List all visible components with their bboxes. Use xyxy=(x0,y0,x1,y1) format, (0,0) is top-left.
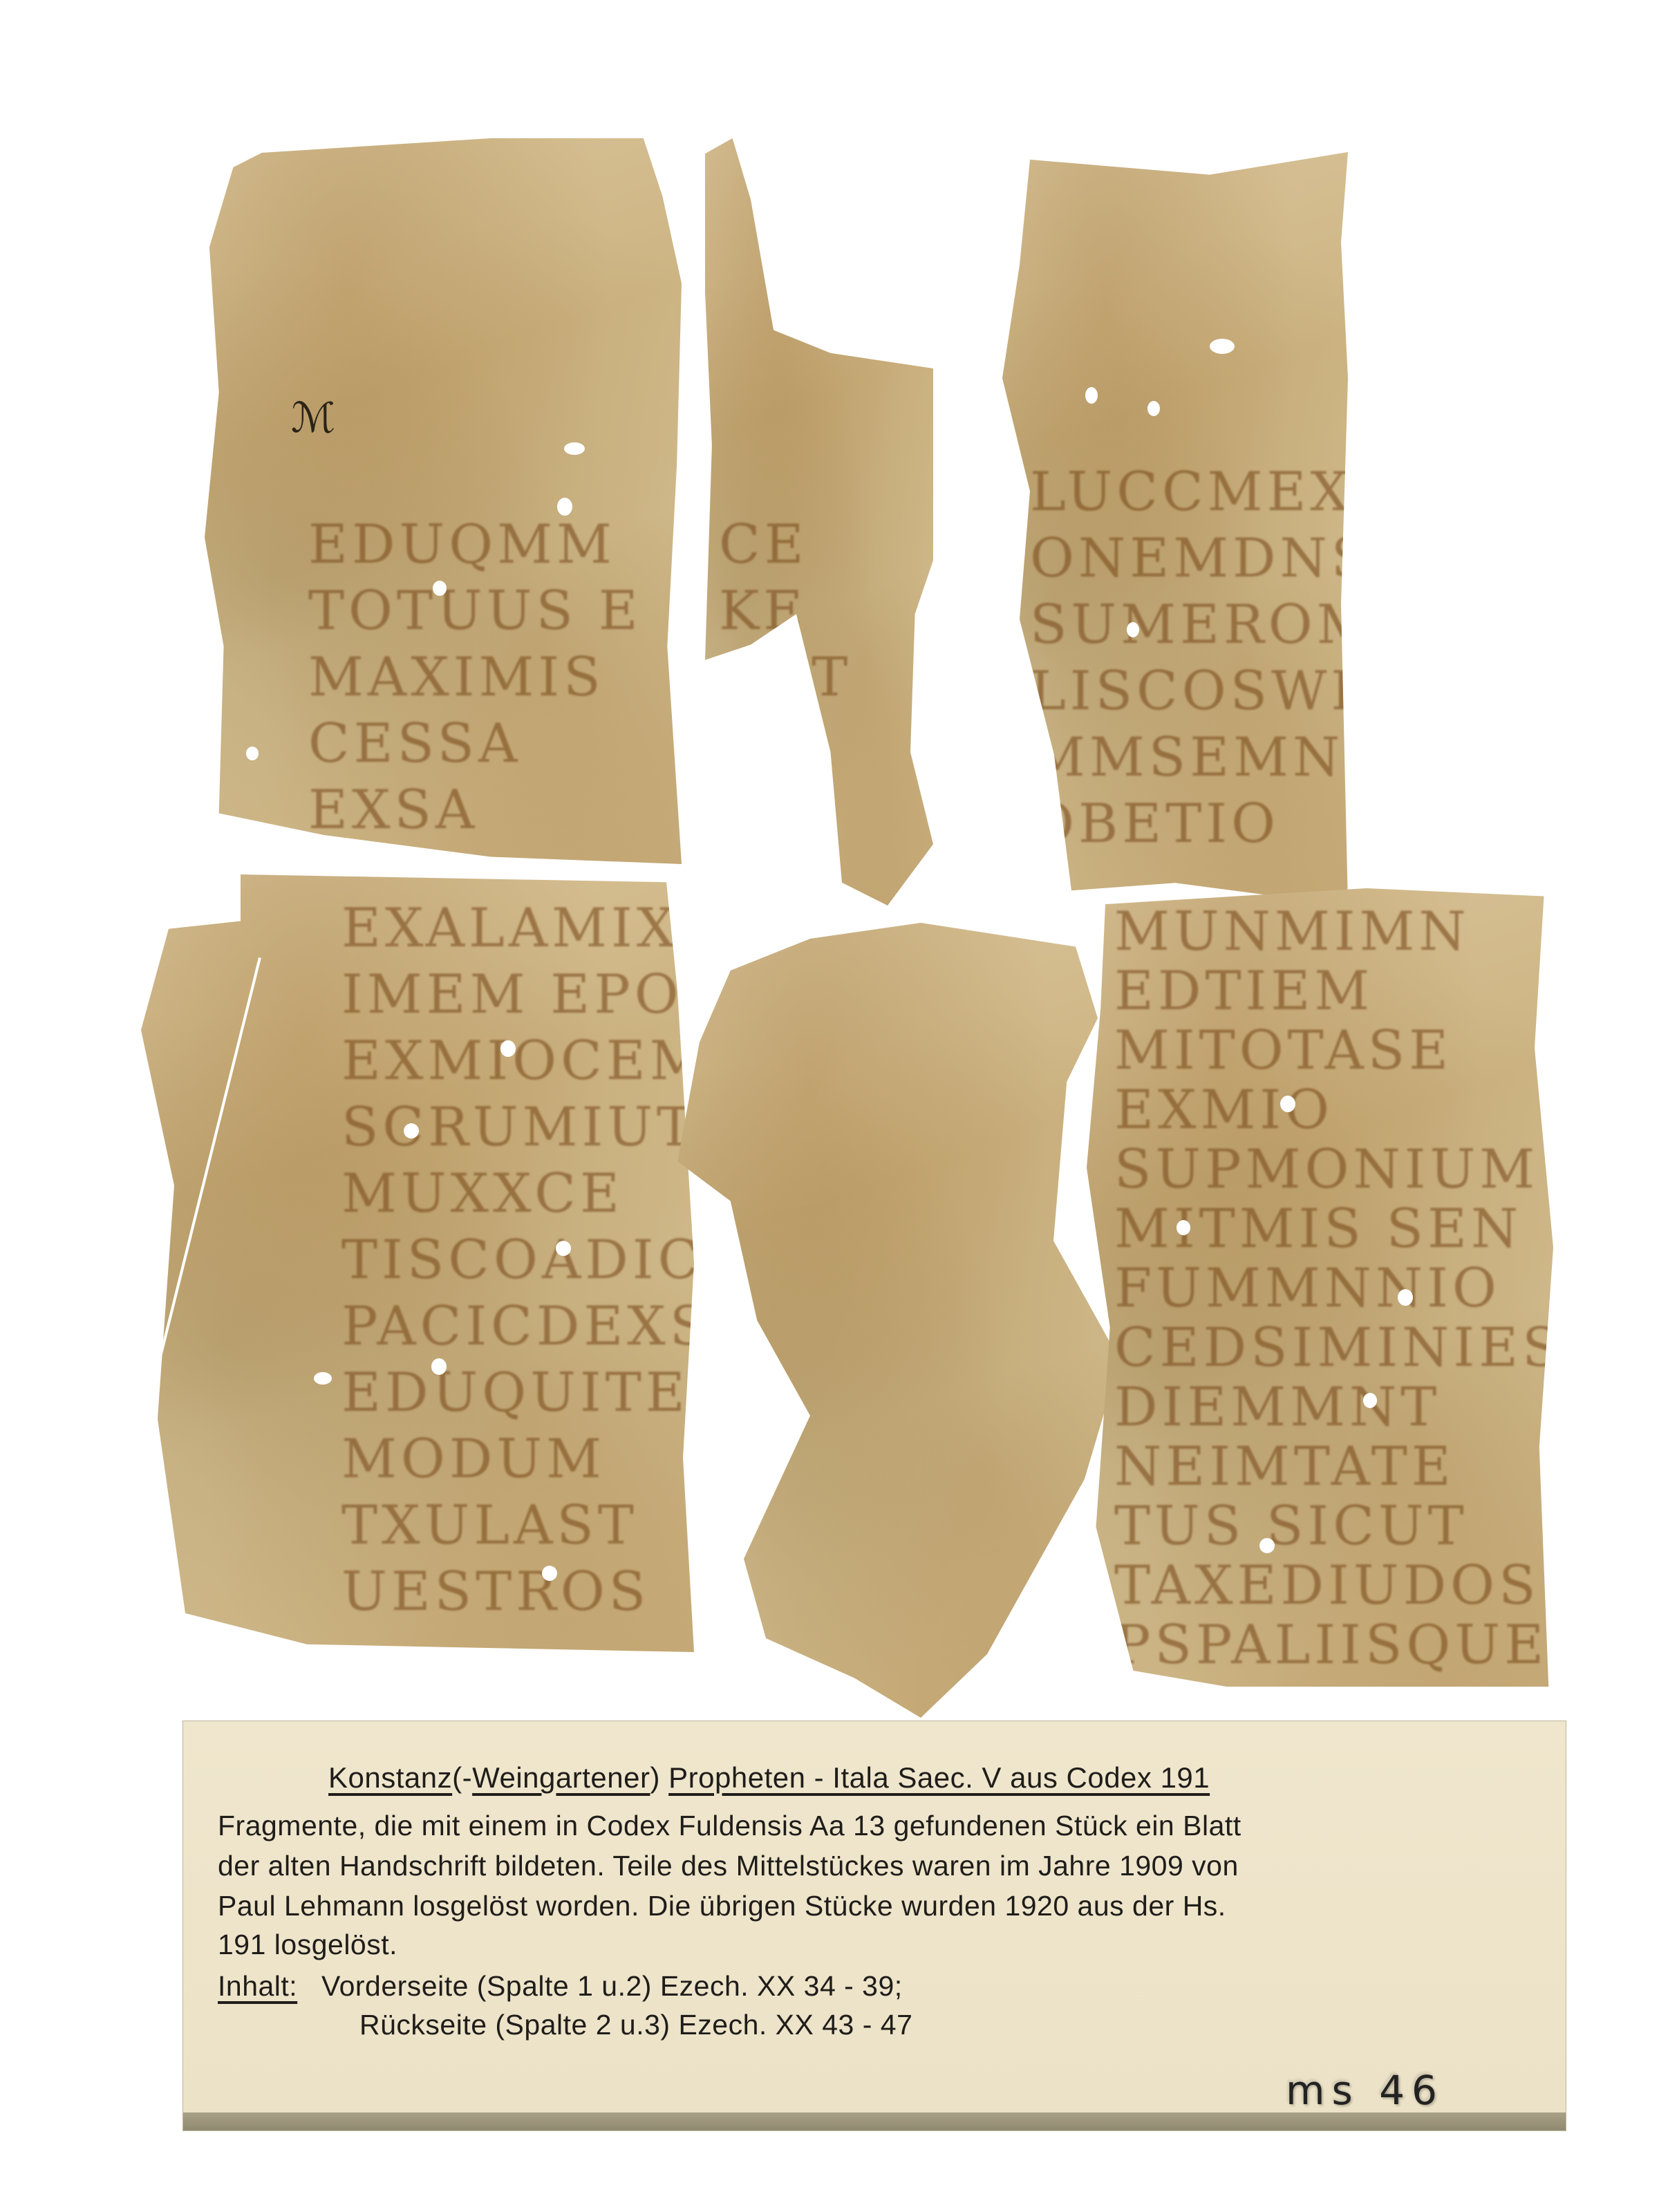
fragment-line xyxy=(308,312,682,379)
fragment-line: ONEMDNS xyxy=(1030,525,1348,592)
fragment-line: EXSA xyxy=(308,777,682,843)
fragment-line: TOTUUS E xyxy=(308,578,682,644)
title-place: Konstanz xyxy=(328,1761,452,1794)
fragment-line: SUPMONIUM xyxy=(1114,1140,1553,1199)
fragment-line xyxy=(760,1481,1120,1548)
fragment-bottom-right: MUNMIMN EDTIEM MITOTASE EXMIO SUPMONIUM … xyxy=(1087,888,1553,1687)
fragment-line xyxy=(719,379,933,445)
fragment-line xyxy=(308,445,682,512)
fragment-line xyxy=(760,1216,1120,1282)
fragment-line xyxy=(308,246,682,312)
fragment-line xyxy=(760,1548,1120,1614)
fragment-line: PACICDEXS xyxy=(341,1293,694,1360)
fragment-top-center: CE KE OKT xyxy=(705,138,933,906)
fragment-line xyxy=(760,1083,1120,1150)
fragment-line xyxy=(1030,194,1348,260)
fragment-line xyxy=(1030,326,1348,393)
label-line-2: der alten Handschrift bildeten. Teile de… xyxy=(218,1850,1239,1882)
label-title: Konstanz(-Weingartener) Propheten - Ital… xyxy=(328,1761,1210,1794)
fragment-line: SCRUMIUT xyxy=(341,1094,694,1161)
fragment-line: EXALAMIXX xyxy=(341,895,694,962)
title-origin: Weingartener xyxy=(472,1761,650,1794)
fragment-line: TII xyxy=(308,843,682,864)
fragment-line: KE xyxy=(719,578,933,644)
fragment-line: EDUQMM xyxy=(308,512,682,578)
shelfmark: ms 46 xyxy=(1286,2067,1444,2114)
fragment-line: MITOTASE xyxy=(1114,1021,1553,1080)
fragment-line xyxy=(719,445,933,512)
fragment-line: CE xyxy=(719,512,933,578)
fragment-line: MODUM xyxy=(341,1426,694,1492)
fragment-bottom-left: EXALAMIXX IMEM EPO EXMIOCEM SCRUMIUT MUX… xyxy=(141,874,694,1652)
fragment-line xyxy=(760,1017,1120,1083)
fragment-line: MMSEMN xyxy=(1030,724,1348,791)
fragment-line: TUS SICUT xyxy=(1114,1497,1553,1556)
label-line-4: 191 losgelöst. xyxy=(218,1929,397,1961)
label-edge xyxy=(183,2112,1566,2130)
fragment-line: EXMIOCEM xyxy=(341,1028,694,1094)
label-line-1: Fragmente, die mit einem in Codex Fulden… xyxy=(218,1810,1241,1842)
fragment-line: OBETIO xyxy=(1030,791,1348,857)
title-details: - Itala Saec. V aus Codex 191 xyxy=(805,1761,1210,1794)
fragment-line xyxy=(760,950,1120,1017)
contents-verso: Rückseite (Spalte 2 u.3) Ezech. XX 43 - … xyxy=(359,2009,912,2041)
fragment-line: EDUQUITEN xyxy=(341,1360,694,1426)
marginal-mark: ℳ xyxy=(291,394,335,442)
fragment-line: NEIMTATE xyxy=(1114,1437,1553,1497)
fragment-line: SUMEROMET xyxy=(1030,592,1348,658)
fragment-line xyxy=(719,246,933,312)
fragment-line xyxy=(719,312,933,379)
fragment-line xyxy=(308,379,682,445)
fragment-bottom-center: X xyxy=(677,923,1120,1718)
fragment-line xyxy=(1030,393,1348,459)
fragment-line: CEDSIMINIES xyxy=(1114,1318,1553,1378)
title-work: Propheten xyxy=(668,1761,805,1794)
fragment-line: CESSA xyxy=(308,711,682,777)
fragment-top-left: EDUQMM TOTUUS E MAXIMIS CESSA EXSA TII ℳ xyxy=(205,138,682,864)
fragment-line: LUCCMEX xyxy=(1030,459,1348,525)
fragment-line xyxy=(1030,260,1348,326)
fragment-line: EXMIO xyxy=(1114,1080,1553,1140)
fragment-line xyxy=(760,1614,1120,1680)
fragment-line: X xyxy=(760,1680,1120,1718)
fragment-line: MUXXCE xyxy=(341,1161,694,1227)
fragment-line xyxy=(719,180,933,246)
fragment-line: PSPALIISQUE xyxy=(1114,1615,1553,1675)
fragment-line: FUMMNNIO xyxy=(1114,1259,1553,1318)
fragment-line: TAXEDIUDOS xyxy=(1114,1556,1553,1615)
fragment-top-right: LUCCMEX ONEMDNS SUMEROMET LISCOSWITIOS M… xyxy=(1002,152,1348,906)
fragment-line xyxy=(760,1415,1120,1481)
fragment-line xyxy=(760,1150,1120,1216)
fragment-line: MUNMIMN xyxy=(1114,902,1553,962)
fragment-line: IMEM EPO xyxy=(341,962,694,1028)
fragment-line xyxy=(308,180,682,246)
fragment-line: EDTIEM xyxy=(1114,962,1553,1021)
fragment-line: TISCOADIC xyxy=(341,1227,694,1293)
title-paren-open: (- xyxy=(452,1761,472,1794)
contents-label: Inhalt: xyxy=(218,1970,297,2003)
contents-recto: Vorderseite (Spalte 1 u.2) Ezech. XX 34 … xyxy=(321,1970,903,2003)
fragment-line: MAXIMIS xyxy=(308,644,682,711)
title-paren-close: ) xyxy=(650,1761,660,1794)
fragment-line: OKT xyxy=(719,644,933,711)
fragment-line xyxy=(760,1349,1120,1415)
fragment-line: LISCOSWITIOS xyxy=(1030,658,1348,724)
label-line-3: Paul Lehmann losgelöst worden. Die übrig… xyxy=(218,1890,1226,1922)
fragment-line: DIEMMNT xyxy=(1114,1378,1553,1437)
fragment-line xyxy=(760,1282,1120,1349)
fragment-line: TXULAST xyxy=(341,1492,694,1559)
fragment-line: UESTROS xyxy=(341,1559,694,1625)
